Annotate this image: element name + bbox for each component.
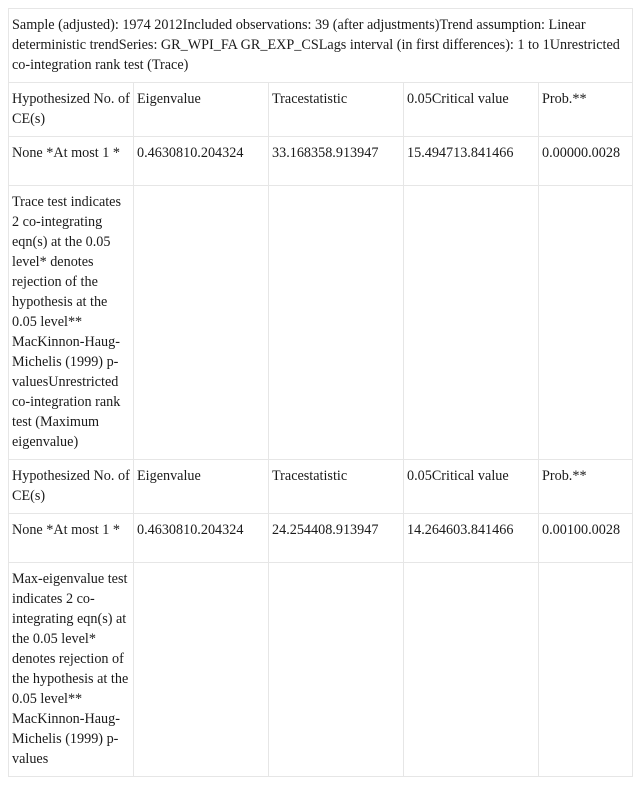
- empty-cell: [404, 186, 539, 460]
- header-eigenvalue: Eigenvalue: [134, 83, 269, 137]
- cell-eigenvalue: 0.4630810.204324: [134, 514, 269, 563]
- max-eigen-note-row: Max-eigenvalue test indicates 2 co-integ…: [9, 563, 633, 777]
- cointegration-table: Sample (adjusted): 1974 2012Included obs…: [8, 8, 633, 777]
- header-eigenvalue: Eigenvalue: [134, 460, 269, 514]
- header-prob: Prob.**: [539, 83, 633, 137]
- empty-cell: [539, 186, 633, 460]
- max-eigen-test-note: Max-eigenvalue test indicates 2 co-integ…: [9, 563, 134, 777]
- cell-prob: 0.00000.0028: [539, 137, 633, 186]
- empty-cell: [269, 186, 404, 460]
- empty-cell: [539, 563, 633, 777]
- header-hypothesized: Hypothesized No. of CE(s): [9, 83, 134, 137]
- header-hypothesized: Hypothesized No. of CE(s): [9, 460, 134, 514]
- max-eigen-header-row: Hypothesized No. of CE(s) Eigenvalue Tra…: [9, 460, 633, 514]
- empty-cell: [269, 563, 404, 777]
- empty-cell: [134, 186, 269, 460]
- header-trace-statistic: Tracestatistic: [269, 460, 404, 514]
- table-row: None *At most 1 * 0.4630810.204324 33.16…: [9, 137, 633, 186]
- cell-eigenvalue: 0.4630810.204324: [134, 137, 269, 186]
- trace-header-row: Hypothesized No. of CE(s) Eigenvalue Tra…: [9, 83, 633, 137]
- cell-max-eigen-statistic: 24.254408.913947: [269, 514, 404, 563]
- cell-trace-statistic: 33.168358.913947: [269, 137, 404, 186]
- header-critical-value: 0.05Critical value: [404, 83, 539, 137]
- cell-hypothesized: None *At most 1 *: [9, 514, 134, 563]
- trace-test-note: Trace test indicates 2 co-integrating eq…: [9, 186, 134, 460]
- table-caption: Sample (adjusted): 1974 2012Included obs…: [9, 9, 633, 83]
- trace-note-row: Trace test indicates 2 co-integrating eq…: [9, 186, 633, 460]
- header-trace-statistic: Tracestatistic: [269, 83, 404, 137]
- cell-critical-value: 14.264603.841466: [404, 514, 539, 563]
- caption-row: Sample (adjusted): 1974 2012Included obs…: [9, 9, 633, 83]
- cell-hypothesized: None *At most 1 *: [9, 137, 134, 186]
- empty-cell: [404, 563, 539, 777]
- cell-prob: 0.00100.0028: [539, 514, 633, 563]
- cell-critical-value: 15.494713.841466: [404, 137, 539, 186]
- table-row: None *At most 1 * 0.4630810.204324 24.25…: [9, 514, 633, 563]
- header-critical-value: 0.05Critical value: [404, 460, 539, 514]
- empty-cell: [134, 563, 269, 777]
- header-prob: Prob.**: [539, 460, 633, 514]
- cointegration-results: Sample (adjusted): 1974 2012Included obs…: [8, 8, 632, 777]
